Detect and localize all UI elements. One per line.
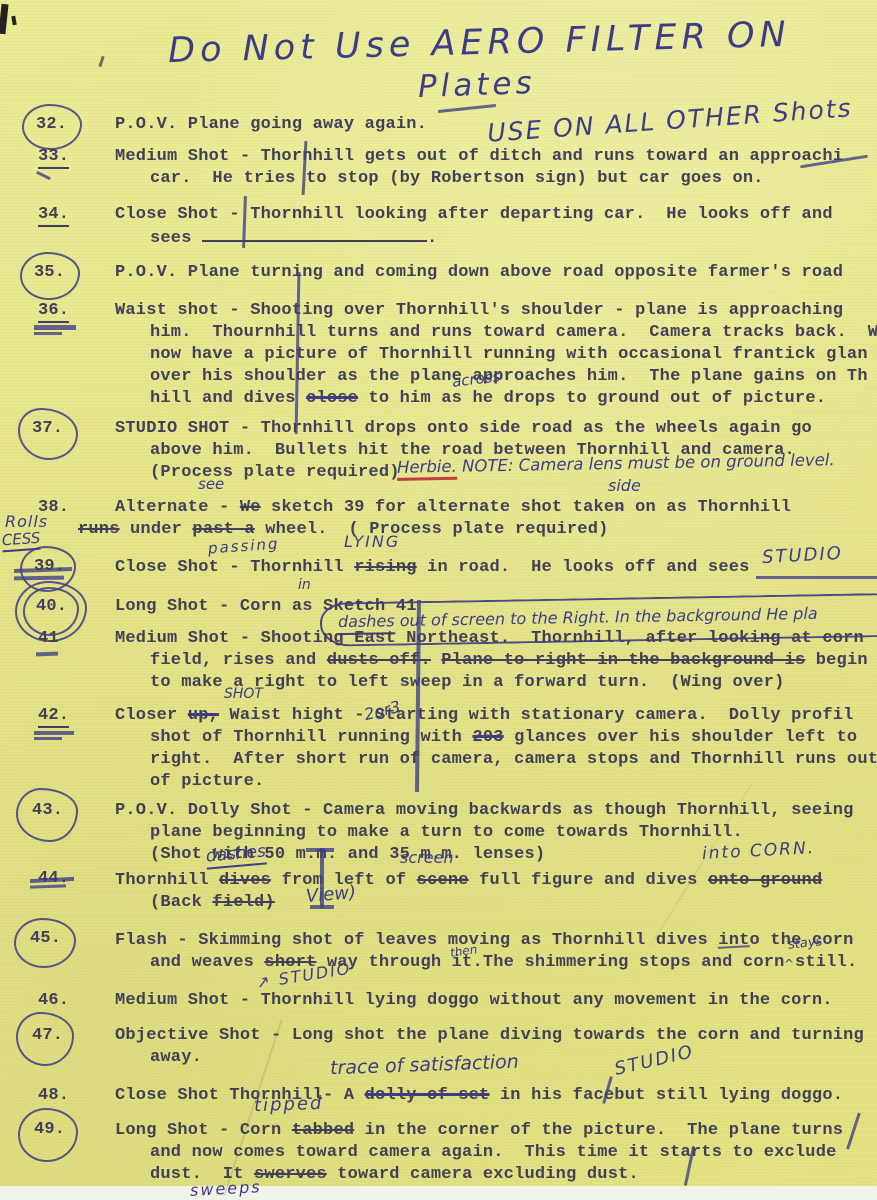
pen-ibeam-foot <box>310 905 334 909</box>
shot-number: 42. <box>38 705 69 727</box>
struck-phrase: onto ground <box>708 871 822 890</box>
shot-text: Closer up, Waist hight - Starting with s… <box>115 705 854 727</box>
handwritten-studio-48: STUDIO <box>613 1043 696 1079</box>
shot-text: Long Shot - Corn tabbed in the corner of… <box>115 1120 843 1142</box>
shot-text: Medium Shot - Shooting East Northeast. T… <box>115 628 864 650</box>
handwritten-title-line2: Plates <box>417 68 536 103</box>
struck-word: tabbed <box>292 1121 354 1140</box>
shot-number: 46. <box>38 990 69 1012</box>
pen-underline-36 <box>34 325 76 330</box>
struck-word: rising <box>354 558 416 577</box>
shot-text: plane beginning to make a turn to come t… <box>150 822 743 844</box>
struck-phrase: dusts off. <box>327 651 431 670</box>
studio-underline <box>756 576 877 579</box>
pen-underline-36b <box>34 332 62 335</box>
shot-number: 35. <box>34 262 65 284</box>
handwritten-sweeps: sweeps <box>190 1179 262 1199</box>
shot-number: 36. <box>38 300 69 322</box>
shot-text: P.O.V. Plane going away again. <box>115 114 427 136</box>
handwritten-stays: stays <box>787 935 822 952</box>
shot-text-with-blank: sees . <box>150 226 437 250</box>
shot-number: 39. <box>34 556 65 578</box>
struck-word: 203 <box>472 728 503 747</box>
handwritten-passing: passing <box>208 537 280 557</box>
shot-text: Objective Shot - Long shot the plane div… <box>115 1025 864 1047</box>
shot-text: Close Shot - Thornhill rising in road. H… <box>115 557 750 579</box>
shot-text: Waist shot - Shooting over Thornhill's s… <box>115 300 843 322</box>
handwritten-rolls: Rolls <box>5 514 48 530</box>
shot-number: 37. <box>32 418 63 440</box>
handwritten-side: side <box>608 478 641 494</box>
scan-edge-mark <box>0 4 9 35</box>
struck-word: swerves <box>254 1165 327 1184</box>
shot-number: 40. <box>36 596 67 618</box>
shot-number: 47. <box>32 1025 63 1047</box>
blank-line <box>202 226 427 242</box>
scan-bottom-strip <box>0 1186 877 1200</box>
handwritten-into-corn: into CORN. <box>702 840 816 863</box>
shot-text: him. Thournhill turns and runs toward ca… <box>150 322 877 344</box>
scan-edge-dot <box>11 16 17 26</box>
shot-text: Thornhill dives from left of scene full … <box>115 870 822 892</box>
pen-underline-42b <box>34 737 62 740</box>
shot-text: of picture. <box>150 771 264 793</box>
handwritten-lying: LYING <box>344 534 400 550</box>
shot-text: and weaves short way through it.The shim… <box>150 952 857 974</box>
handwritten-herbie-note: Herbie. NOTE: Camera lens must be on gro… <box>397 452 835 476</box>
handwritten-in: in <box>298 578 311 592</box>
shot-text: Flash - Skimming shot of leaves moving a… <box>115 930 854 952</box>
handwritten-view: View) <box>305 884 357 906</box>
handwritten-caret: ^ <box>614 507 625 520</box>
shot-text: now have a picture of Thornhill running … <box>150 344 868 366</box>
pen-dash-under-41 <box>36 652 58 657</box>
struck-word: field) <box>212 893 274 912</box>
pen-underline-42 <box>34 731 74 735</box>
shot-number: 49. <box>34 1119 65 1141</box>
shot-number: 33. <box>38 146 69 168</box>
shot-text: and now comes toward camera again. This … <box>150 1142 837 1164</box>
shot-text: Medium Shot - Thornhill gets out of ditc… <box>115 146 843 168</box>
shot-number: 45. <box>30 928 61 950</box>
pen-slash-49a <box>846 1112 861 1149</box>
script-page: Do Not Use AERO FILTER ON Plates 32. P.O… <box>0 0 877 1200</box>
handwritten-use-on-all: USE ON ALL OTHER Shots <box>487 95 854 145</box>
handwritten-then: then <box>449 943 478 959</box>
struck-word: up, <box>188 706 219 725</box>
handwritten-tipped: tipped <box>254 1095 324 1115</box>
shot-text: hill and dives close to him as he drops … <box>150 388 826 410</box>
pen-ibeam-vertical <box>320 848 324 908</box>
shot-number: 41 <box>38 628 59 650</box>
pen-tick-mark <box>98 56 104 67</box>
shot-text: (Process plate required) <box>150 462 400 484</box>
shot-text: Alternate - We sketch 39 for alternate s… <box>115 497 791 519</box>
shot-text: Close Shot Thornhill- A dolly of set in … <box>115 1085 843 1107</box>
title-underline-stroke <box>438 104 496 113</box>
herbie-red-underlined: Herbie. <box>397 457 457 481</box>
struck-word: dives <box>219 871 271 890</box>
shot-text: away. <box>150 1047 202 1069</box>
shot-text: P.O.V. Plane turning and coming down abo… <box>115 262 843 284</box>
shot-text: car. He tries to stop (by Robertson sign… <box>150 168 764 190</box>
handwritten-caret: ^ <box>784 958 794 970</box>
shot-text: shot of Thornhill running with 203 glanc… <box>150 727 857 749</box>
shot-text: P.O.V. Dolly Shot - Camera moving backwa… <box>115 800 854 822</box>
struck-word: We <box>240 498 261 517</box>
shot-text: STUDIO SHOT - Thornhill drops onto side … <box>115 418 812 440</box>
handwritten-shot: SHOT <box>224 687 263 701</box>
shot-text: Close Shot - Thornhill looking after dep… <box>115 204 833 226</box>
struck-phrase: Plane to right in the background is <box>441 651 805 670</box>
struck-word: runs <box>78 520 120 539</box>
struck-word: close <box>306 389 358 408</box>
shot-text: Medium Shot - Thornhill lying doggo with… <box>115 990 833 1012</box>
shot-number: 48. <box>38 1085 69 1107</box>
handwritten-trace: trace of satisfaction <box>330 1053 519 1079</box>
shot-text: right. After short run of camera, camera… <box>150 749 877 771</box>
pen-ibeam-top <box>306 848 334 852</box>
shot-number: 32. <box>36 114 67 136</box>
pen-tick-under-33 <box>36 171 51 180</box>
shot-number: 43. <box>32 800 63 822</box>
handwritten-see: see <box>198 477 224 492</box>
shot-text: over his shoulder as the plane approache… <box>150 366 868 388</box>
shot-number: 34. <box>38 204 69 226</box>
handwritten-title-line1: Do Not Use AERO FILTER ON <box>168 18 791 69</box>
handwritten-studio-39: STUDIO <box>762 545 844 567</box>
struck-phrase: dolly of set <box>365 1086 490 1105</box>
shot-text: field, rises and dusts off. Plane to rig… <box>150 650 868 672</box>
struck-word: scene <box>417 871 469 890</box>
handwritten-screen: screen <box>400 850 454 866</box>
shot-text: (Back field) <box>150 892 275 914</box>
